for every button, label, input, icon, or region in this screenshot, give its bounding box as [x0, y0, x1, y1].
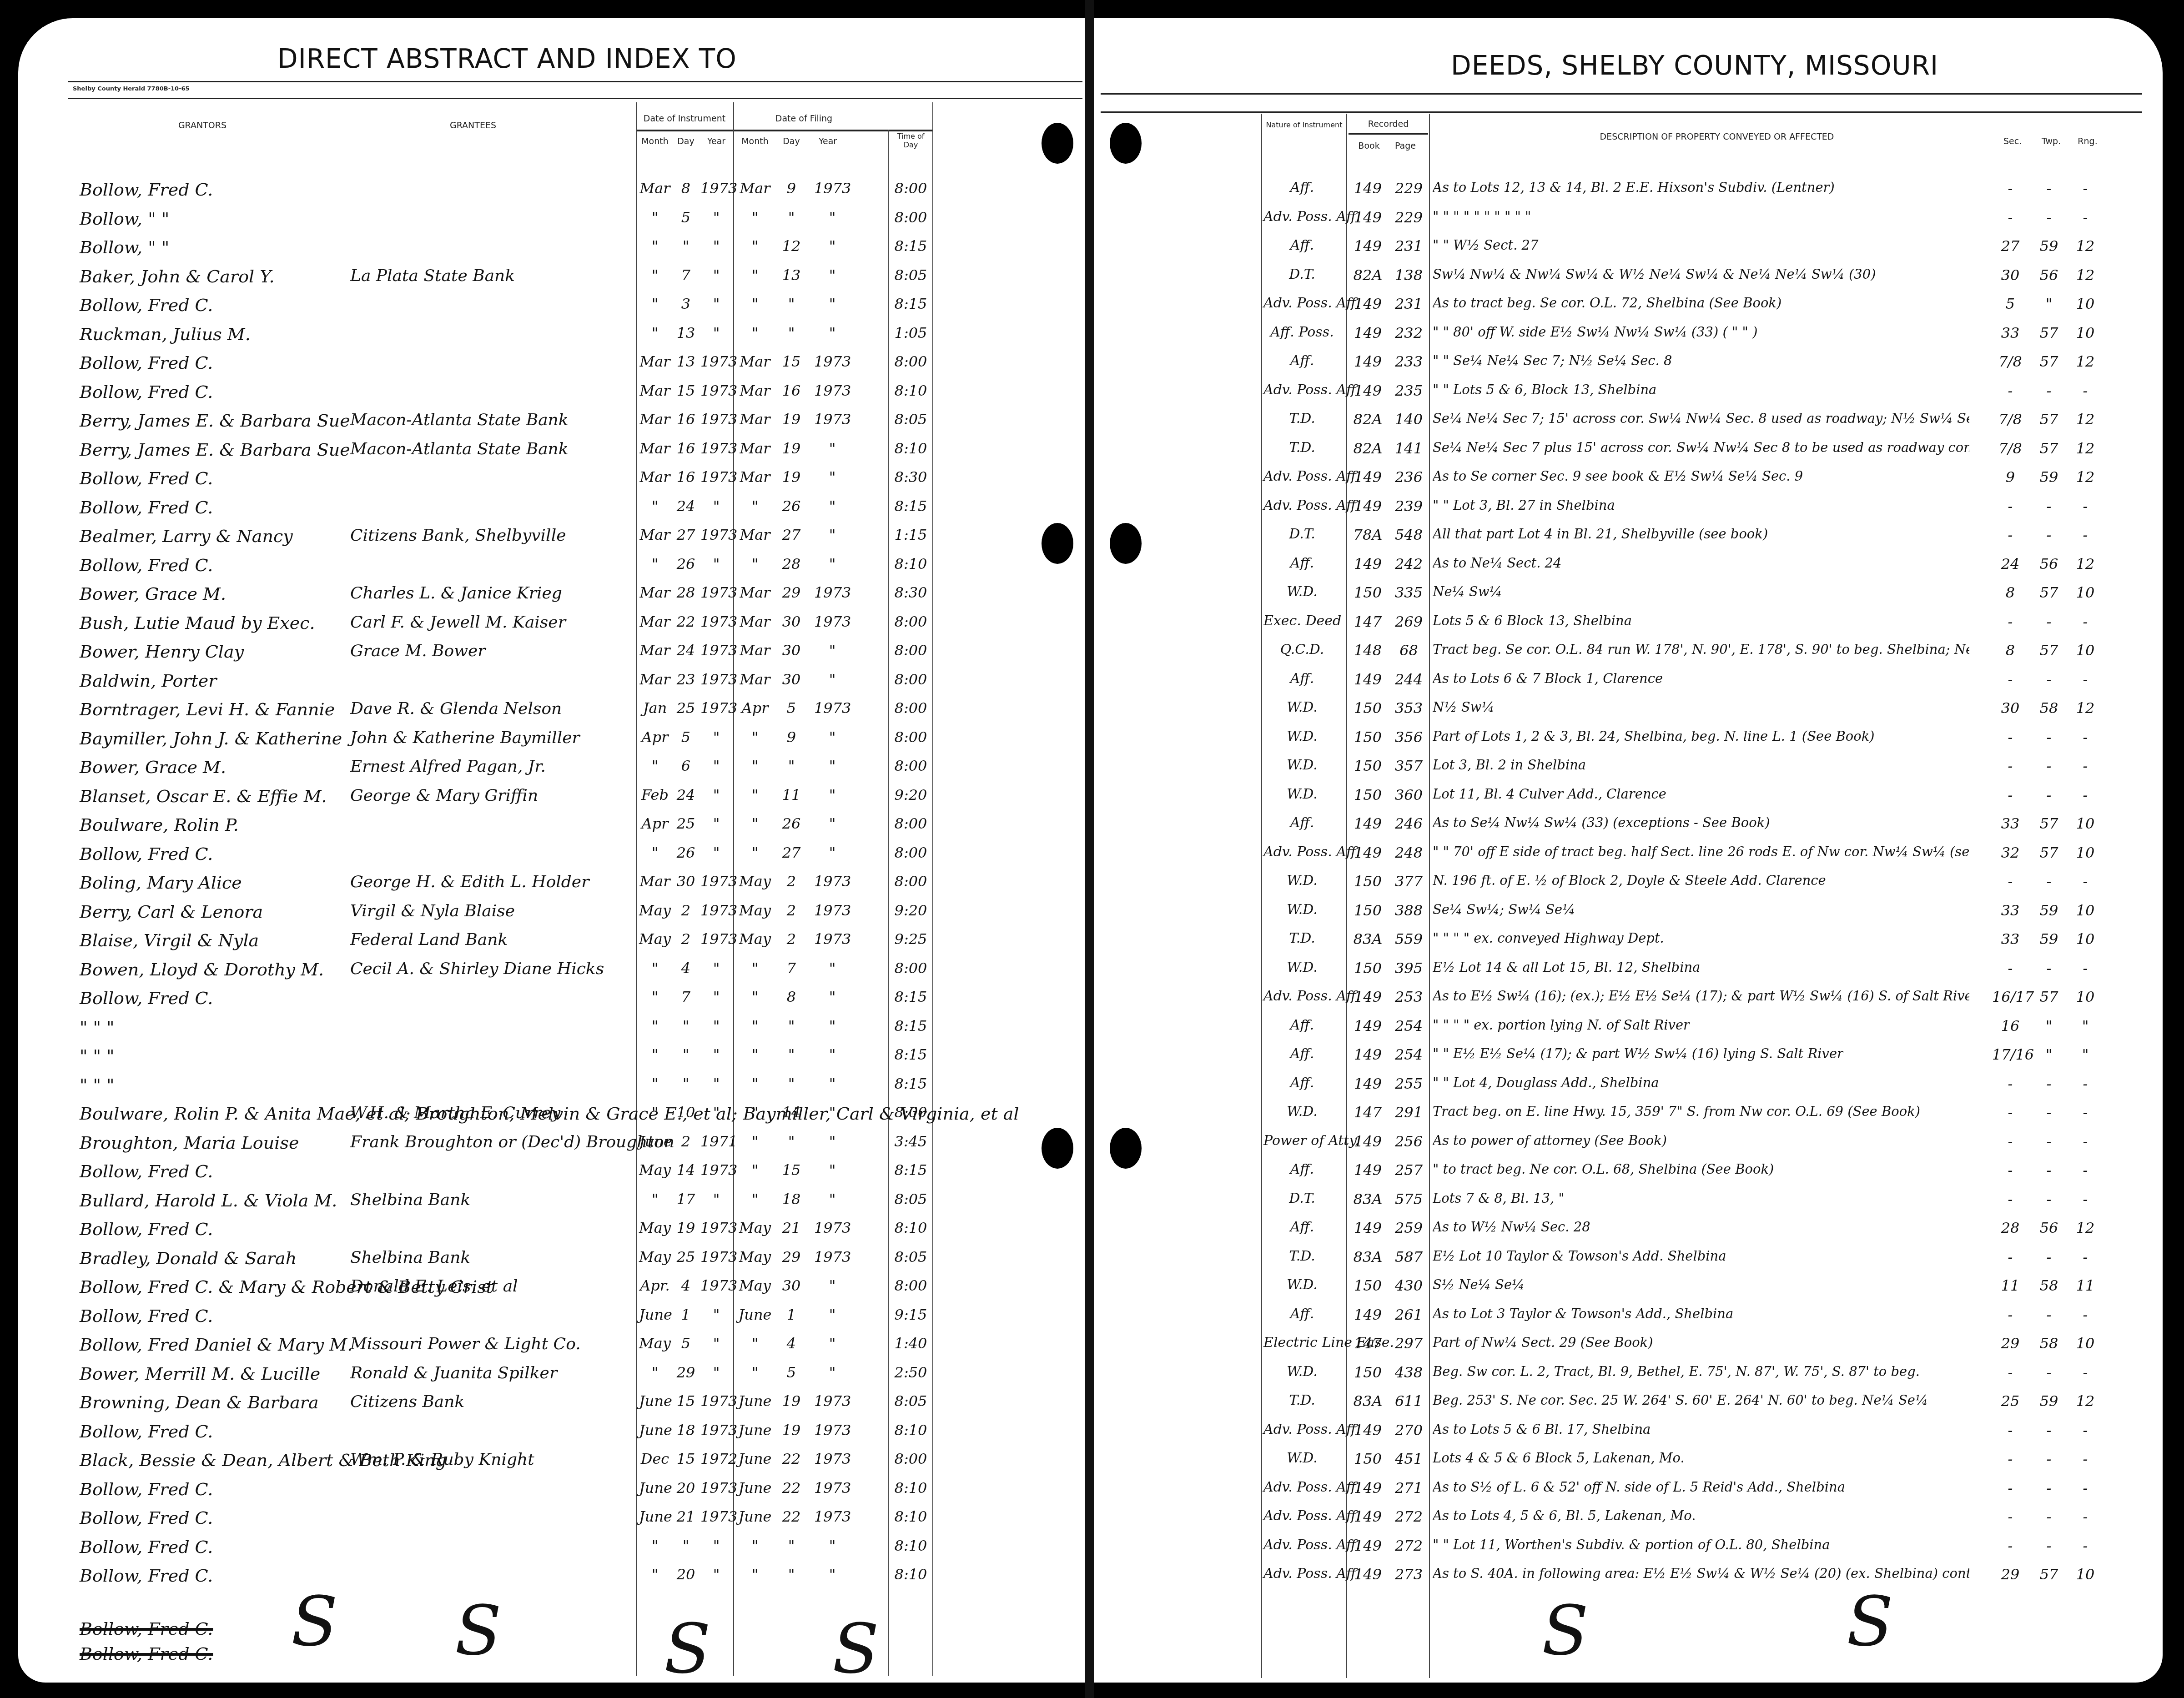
time-of-day: 8:00 [889, 1450, 932, 1467]
nature-of-instrument: Aff. [1263, 555, 1341, 571]
time-of-day: 8:15 [889, 295, 932, 312]
filing-day: 27 [778, 844, 805, 861]
page-number: 270 [1389, 1422, 1428, 1439]
section: 7/8 [1992, 411, 2028, 428]
filing-month: " [737, 757, 773, 774]
header-rule-bottom [1101, 111, 2142, 113]
filing-year: 1973 [814, 1479, 850, 1497]
filing-month: Mar [737, 613, 773, 630]
property-description: N. 196 ft. of E. ½ of Block 2, Doyle & S… [1433, 873, 1826, 888]
page-number: 229 [1389, 180, 1428, 197]
book-number: 82A [1349, 411, 1387, 428]
nature-of-instrument: Adv. Poss. Aff. [1263, 209, 1341, 225]
instrument-year: 1973 [700, 1248, 732, 1266]
instrument-month: May [639, 930, 671, 948]
grantor-name: Bollow, Fred C. [80, 1219, 213, 1239]
column-header-description: DESCRIPTION OF PROPERTY CONVEYED OR AFFE… [1569, 132, 1865, 142]
township: - [2033, 613, 2065, 630]
table-row: Bower, Grace M.Ernest Alfred Pagan, Jr."… [0, 757, 2184, 782]
book-number: 83A [1349, 1248, 1387, 1266]
range: - [2069, 1191, 2101, 1208]
instrument-day: 1 [672, 1306, 699, 1323]
time-of-day: 9:20 [889, 786, 932, 804]
instrument-day: 3 [672, 295, 699, 312]
filing-month: Mar [737, 584, 773, 601]
book-number: 83A [1349, 930, 1387, 948]
time-of-day: 1:05 [889, 324, 932, 342]
instrument-day: 16 [672, 411, 699, 428]
instrument-day: 4 [672, 960, 699, 977]
filing-year: " [814, 497, 850, 515]
filing-month: " [737, 1133, 773, 1150]
filing-year: 1973 [814, 1422, 850, 1439]
property-description: As to S½ of L. 6 & 52' off N. side of L.… [1433, 1479, 1845, 1495]
page-number: 438 [1389, 1364, 1428, 1381]
range: 12 [2069, 353, 2101, 370]
nature-of-instrument: Exec. Deed [1263, 613, 1341, 629]
page-number: 272 [1389, 1537, 1428, 1554]
range: 10 [2069, 930, 2101, 948]
section: - [1992, 960, 2028, 977]
instrument-day: 24 [672, 786, 699, 804]
table-row: Berry, Carl & LenoraVirgil & Nyla Blaise… [0, 902, 2184, 926]
grantor-name: Bollow, Fred C. [80, 468, 213, 488]
range: - [2069, 757, 2101, 774]
property-description: As to Lots 12, 13 & 14, Bl. 2 E.E. Hixso… [1433, 180, 1835, 195]
instrument-day: " [672, 1046, 699, 1063]
book-number: 83A [1349, 1392, 1387, 1410]
instrument-year: " [700, 1075, 732, 1092]
section: 8 [1992, 584, 2028, 601]
filing-day: 11 [778, 786, 805, 804]
filing-year: 1973 [814, 584, 850, 601]
section: - [1992, 1161, 2028, 1179]
column-header-filing-day: Day [778, 136, 805, 146]
range: 10 [2069, 902, 2101, 919]
page-number: 273 [1389, 1566, 1428, 1583]
grantor-name: Bollow, Fred C. [80, 1479, 213, 1499]
range: 12 [2069, 555, 2101, 573]
page-number: 257 [1389, 1161, 1428, 1179]
column-header-grantees: GRANTEES [437, 121, 509, 131]
instrument-year: " [700, 1306, 732, 1323]
filing-year: " [814, 815, 850, 832]
grantee-name: W.H. & Martha E. Currey [350, 1104, 560, 1122]
range: - [2069, 1133, 2101, 1150]
property-description: All that part Lot 4 in Bl. 21, Shelbyvil… [1433, 526, 1768, 542]
range: - [2069, 786, 2101, 804]
township: - [2033, 382, 2065, 399]
property-description: As to E½ Sw¼ (16); (ex.); E½ E½ Se¼ (17)… [1433, 988, 1969, 1004]
instrument-year: 1973 [700, 468, 732, 486]
nature-of-instrument: W.D. [1263, 728, 1341, 744]
filing-month: May [737, 1219, 773, 1236]
instrument-day: 16 [672, 440, 699, 457]
instrument-year: " [700, 1104, 732, 1121]
table-row: Blanset, Oscar E. & Effie M.George & Mar… [0, 786, 2184, 811]
range: - [2069, 1422, 2101, 1439]
instrument-month: Jan [639, 699, 671, 717]
section: 32 [1992, 844, 2028, 861]
instrument-month: Mar [639, 873, 671, 890]
column-header-twp: Twp. [2038, 136, 2065, 146]
township: - [2033, 1479, 2065, 1497]
grantor-name: Bush, Lutie Maud by Exec. [80, 613, 315, 633]
grantee-name: Shelbina Bank [350, 1248, 470, 1267]
section: - [1992, 497, 2028, 515]
grantee-name: George H. & Edith L. Holder [350, 873, 589, 891]
nature-of-instrument: Q.C.D. [1263, 642, 1341, 658]
property-description: " " E½ E½ Se¼ (17); & part W½ Sw¼ (16) l… [1433, 1046, 1843, 1061]
nature-of-instrument: Aff. [1263, 180, 1341, 196]
filing-day: 5 [778, 1364, 805, 1381]
township: - [2033, 1537, 2065, 1554]
instrument-year: " [700, 555, 732, 573]
filing-day: 15 [778, 1161, 805, 1179]
filing-day: 18 [778, 1191, 805, 1208]
filing-month: " [737, 555, 773, 573]
grantor-name: Bollow, Fred C. [80, 497, 213, 517]
nature-of-instrument: W.D. [1263, 757, 1341, 773]
township: - [2033, 1104, 2065, 1121]
instrument-month: Mar [639, 468, 671, 486]
range: - [2069, 1479, 2101, 1497]
property-description: Se¼ Ne¼ Sec 7 plus 15' across cor. Sw¼ N… [1433, 440, 1969, 455]
instrument-year: 1973 [700, 1161, 732, 1179]
filing-month: " [737, 324, 773, 342]
grantor-name: Boulware, Rolin P. [80, 815, 239, 835]
page-number: 291 [1389, 1104, 1428, 1121]
instrument-year: 1973 [700, 353, 732, 370]
range: 12 [2069, 1219, 2101, 1236]
filing-month: " [737, 295, 773, 312]
book-number: 147 [1349, 1104, 1387, 1121]
filing-day: 5 [778, 699, 805, 717]
grantor-name: Bollow, Fred C. [80, 382, 213, 402]
section: 11 [1992, 1277, 2028, 1294]
township: 57 [2033, 815, 2065, 832]
grantor-name: Bollow, " " [80, 209, 169, 229]
filing-year: " [814, 988, 850, 1005]
book-number: 149 [1349, 1306, 1387, 1323]
nature-of-instrument: Adv. Poss. Aff. [1263, 468, 1341, 484]
instrument-day: 8 [672, 180, 699, 197]
instrument-day: 19 [672, 1219, 699, 1236]
table-row: Bollow, Fred C.June181973June1919738:10A… [0, 1422, 2184, 1446]
township: 59 [2033, 237, 2065, 255]
instrument-month: Apr [639, 815, 671, 832]
township: " [2033, 1046, 2065, 1063]
table-row: " " """""""8:15Aff.149255" " Lot 4, Doug… [0, 1075, 2184, 1100]
instrument-month: June [639, 1508, 671, 1525]
table-row: Bowen, Lloyd & Dorothy M.Cecil A. & Shir… [0, 960, 2184, 984]
filing-year: " [814, 960, 850, 977]
filing-day: 9 [778, 180, 805, 197]
filing-year: " [814, 1566, 850, 1583]
grantee-name: Macon-Atlanta State Bank [350, 440, 569, 458]
filing-year: " [814, 440, 850, 457]
township: 56 [2033, 266, 2065, 284]
grantee-name: Dave R. & Glenda Nelson [350, 699, 562, 718]
instrument-day: 28 [672, 584, 699, 601]
filing-day: " [778, 757, 805, 774]
table-row: Bollow, Fred C."26""28"8:10Aff.149242As … [0, 555, 2184, 580]
time-of-day: 8:10 [889, 440, 932, 457]
filing-day: 13 [778, 266, 805, 284]
grantor-name: Bollow, Fred Daniel & Mary M. [80, 1335, 352, 1355]
grantor-name: Bollow, Fred C. [80, 1161, 213, 1181]
range: - [2069, 1450, 2101, 1467]
table-row: Berry, James E. & Barbara SueMacon-Atlan… [0, 440, 2184, 464]
time-of-day: 8:10 [889, 555, 932, 573]
filing-year: " [814, 1046, 850, 1063]
nature-of-instrument: D.T. [1263, 266, 1341, 282]
column-header-grantors: GRANTORS [168, 121, 237, 131]
instrument-year: " [700, 1537, 732, 1554]
book-number: 150 [1349, 1277, 1387, 1294]
time-of-day: 9:15 [889, 1306, 932, 1323]
range: - [2069, 1508, 2101, 1525]
book-number: 149 [1349, 1075, 1387, 1092]
page-number: 255 [1389, 1075, 1428, 1092]
instrument-year: 1973 [700, 382, 732, 399]
instrument-year: 1972 [700, 1450, 732, 1467]
grantee-name: Carl F. & Jewell M. Kaiser [350, 613, 566, 632]
section: - [1992, 1306, 2028, 1323]
nature-of-instrument: W.D. [1263, 1364, 1341, 1380]
filing-month: Mar [737, 468, 773, 486]
filing-month: " [737, 1017, 773, 1035]
header-rule-bottom [68, 98, 1082, 99]
nature-of-instrument: Adv. Poss. Aff. [1263, 1508, 1341, 1524]
filing-month: Mar [737, 180, 773, 197]
property-description: " " 80' off W. side E½ Sw¼ Nw¼ Sw¼ (33) … [1433, 324, 1757, 340]
book-number: 149 [1349, 1479, 1387, 1497]
instrument-day: 17 [672, 1191, 699, 1208]
table-row: Bollow, Fred C.June211973June2219738:10A… [0, 1508, 2184, 1532]
range: " [2069, 1017, 2101, 1035]
instrument-year: 1973 [700, 613, 732, 630]
time-of-day: 8:00 [889, 1104, 932, 1121]
instrument-day: 21 [672, 1508, 699, 1525]
instrument-day: 20 [672, 1479, 699, 1497]
range: 11 [2069, 1277, 2101, 1294]
header-rule-top [68, 81, 1082, 82]
instrument-month: Mar [639, 411, 671, 428]
grantor-name: Bollow, Fred C. [80, 555, 213, 575]
book-number: 150 [1349, 1450, 1387, 1467]
township: 59 [2033, 930, 2065, 948]
range: - [2069, 209, 2101, 226]
range: 12 [2069, 237, 2101, 255]
instrument-month: " [639, 1191, 671, 1208]
grantee-name: Macon-Atlanta State Bank [350, 411, 569, 429]
time-of-day: 8:00 [889, 353, 932, 370]
instrument-month: June [639, 1422, 671, 1439]
section: 24 [1992, 555, 2028, 573]
page-number: 587 [1389, 1248, 1428, 1266]
table-row: Bower, Grace M.Charles L. & Janice Krieg… [0, 584, 2184, 608]
instrument-day: " [672, 237, 699, 255]
instrument-month: " [639, 555, 671, 573]
section: - [1992, 1191, 2028, 1208]
grantee-name: Virgil & Nyla Blaise [350, 902, 515, 920]
page-number: 357 [1389, 757, 1428, 774]
property-description: N½ Sw¼ [1433, 699, 1495, 715]
section: - [1992, 728, 2028, 746]
range: 10 [2069, 844, 2101, 861]
grantor-name: Baymiller, John J. & Katherine [80, 728, 342, 749]
filing-month: " [737, 1364, 773, 1381]
property-description: Beg. 253' S. Ne cor. Sec. 25 W. 264' S. … [1433, 1392, 1928, 1408]
grantor-name: Bowen, Lloyd & Dorothy M. [80, 960, 324, 980]
range: - [2069, 613, 2101, 630]
time-of-day: 8:05 [889, 411, 932, 428]
instrument-month: " [639, 209, 671, 226]
instrument-year: 1973 [700, 642, 732, 659]
page-number: 548 [1389, 526, 1428, 543]
nature-of-instrument: W.D. [1263, 1450, 1341, 1466]
section: 5 [1992, 295, 2028, 312]
range: 12 [2069, 266, 2101, 284]
table-row: Bollow, Fred C.""""""8:10Adv. Poss. Aff.… [0, 1537, 2184, 1562]
book-number: 149 [1349, 1422, 1387, 1439]
instrument-month: Mar [639, 671, 671, 688]
instrument-day: 2 [672, 902, 699, 919]
filing-year: 1973 [814, 353, 850, 370]
filing-year: " [814, 468, 850, 486]
filing-day: 19 [778, 1392, 805, 1410]
filing-year: " [814, 1306, 850, 1323]
table-row: Browning, Dean & BarbaraCitizens BankJun… [0, 1392, 2184, 1417]
township: 58 [2033, 1335, 2065, 1352]
page-number: 141 [1389, 440, 1428, 457]
section: - [1992, 1450, 2028, 1467]
page-number: 271 [1389, 1479, 1428, 1497]
table-row: Baldwin, PorterMar231973Mar30"8:00Aff.14… [0, 671, 2184, 695]
book-number: 78A [1349, 526, 1387, 543]
instrument-day: 15 [672, 382, 699, 399]
page-number: 356 [1389, 728, 1428, 746]
instrument-month: Apr. [639, 1277, 671, 1294]
table-row: Blaise, Virgil & NylaFederal Land BankMa… [0, 930, 2184, 955]
filing-day: 22 [778, 1508, 805, 1525]
filing-day: 30 [778, 613, 805, 630]
instrument-year: " [700, 960, 732, 977]
filing-month: " [737, 1537, 773, 1554]
filing-year: " [814, 209, 850, 226]
instrument-day: 5 [672, 728, 699, 746]
book-number: 149 [1349, 209, 1387, 226]
grantor-name: Bollow, Fred C. [80, 844, 213, 864]
instrument-day: 26 [672, 844, 699, 861]
time-of-day: 8:00 [889, 642, 932, 659]
instrument-year: " [700, 1017, 732, 1035]
filing-year: 1973 [814, 699, 850, 717]
filing-year: " [814, 671, 850, 688]
filing-day: 21 [778, 1219, 805, 1236]
nature-of-instrument: W.D. [1263, 902, 1341, 918]
filing-year: " [814, 237, 850, 255]
grantor-name: " " " [80, 1075, 115, 1095]
nature-of-instrument: Aff. [1263, 815, 1341, 831]
filing-month: June [737, 1422, 773, 1439]
table-row: Bower, Merrill M. & LucilleRonald & Juan… [0, 1364, 2184, 1388]
page-number: 242 [1389, 555, 1428, 573]
instrument-day: 7 [672, 988, 699, 1005]
column-header-filing-year: Year [810, 136, 846, 146]
township: 57 [2033, 642, 2065, 659]
filing-day: 19 [778, 440, 805, 457]
instrument-day: 25 [672, 699, 699, 717]
page-title-left: DIRECT ABSTRACT AND INDEX TO [277, 43, 737, 74]
section: 17/16 [1992, 1046, 2028, 1063]
grantee-name: Frank Broughton or (Dec'd) Broughton [350, 1133, 674, 1151]
filing-month: Mar [737, 353, 773, 370]
instrument-month: Dec [639, 1450, 671, 1467]
nature-of-instrument: Aff. [1263, 1161, 1341, 1177]
page-number: 246 [1389, 815, 1428, 832]
filing-year: " [814, 757, 850, 774]
grantor-name: Bollow, Fred C. [80, 1537, 213, 1557]
instrument-month: May [639, 1219, 671, 1236]
section: 33 [1992, 930, 2028, 948]
time-of-day: 8:10 [889, 1219, 932, 1236]
nature-of-instrument: Aff. [1263, 353, 1341, 369]
filing-day: 2 [778, 930, 805, 948]
property-description: As to W½ Nw¼ Sec. 28 [1433, 1219, 1590, 1235]
page-number: 229 [1389, 209, 1428, 226]
instrument-year: 1973 [700, 1508, 732, 1525]
page-number: 559 [1389, 930, 1428, 948]
grantor-name: Bullard, Harold L. & Viola M. [80, 1191, 337, 1211]
book-number: 149 [1349, 468, 1387, 486]
instrument-day: 25 [672, 815, 699, 832]
table-row: Bollow, Fred C.June201973June2219738:10A… [0, 1479, 2184, 1504]
filing-day: 26 [778, 815, 805, 832]
instrument-year: 1973 [700, 584, 732, 601]
instrument-month: Mar [639, 382, 671, 399]
nature-of-instrument: Aff. [1263, 1219, 1341, 1235]
instrument-month: " [639, 497, 671, 515]
nature-of-instrument: Aff. Poss. [1263, 324, 1341, 340]
range: 10 [2069, 584, 2101, 601]
instrument-day: 24 [672, 642, 699, 659]
page-number: 451 [1389, 1450, 1428, 1467]
filing-month: June [737, 1479, 773, 1497]
section: - [1992, 1248, 2028, 1266]
filing-month: June [737, 1306, 773, 1323]
instrument-day: 2 [672, 1133, 699, 1150]
column-header-page: Page [1389, 141, 1421, 151]
filing-day: 30 [778, 642, 805, 659]
filing-month: " [737, 237, 773, 255]
filing-month: " [737, 988, 773, 1005]
nature-of-instrument: W.D. [1263, 1277, 1341, 1293]
closing-mark: S [832, 1610, 879, 1689]
filing-year: " [814, 1191, 850, 1208]
time-of-day: 8:00 [889, 1277, 932, 1294]
property-description: As to Lots 4, 5 & 6, Bl. 5, Lakenan, Mo. [1433, 1508, 1696, 1523]
column-header-month: Month [639, 136, 671, 146]
filing-month: May [737, 1277, 773, 1294]
section: 7/8 [1992, 353, 2028, 370]
section: - [1992, 1075, 2028, 1092]
time-of-day: 8:15 [889, 1017, 932, 1035]
section: - [1992, 1422, 2028, 1439]
table-row: Bush, Lutie Maud by Exec.Carl F. & Jewel… [0, 613, 2184, 638]
township: 57 [2033, 988, 2065, 1005]
